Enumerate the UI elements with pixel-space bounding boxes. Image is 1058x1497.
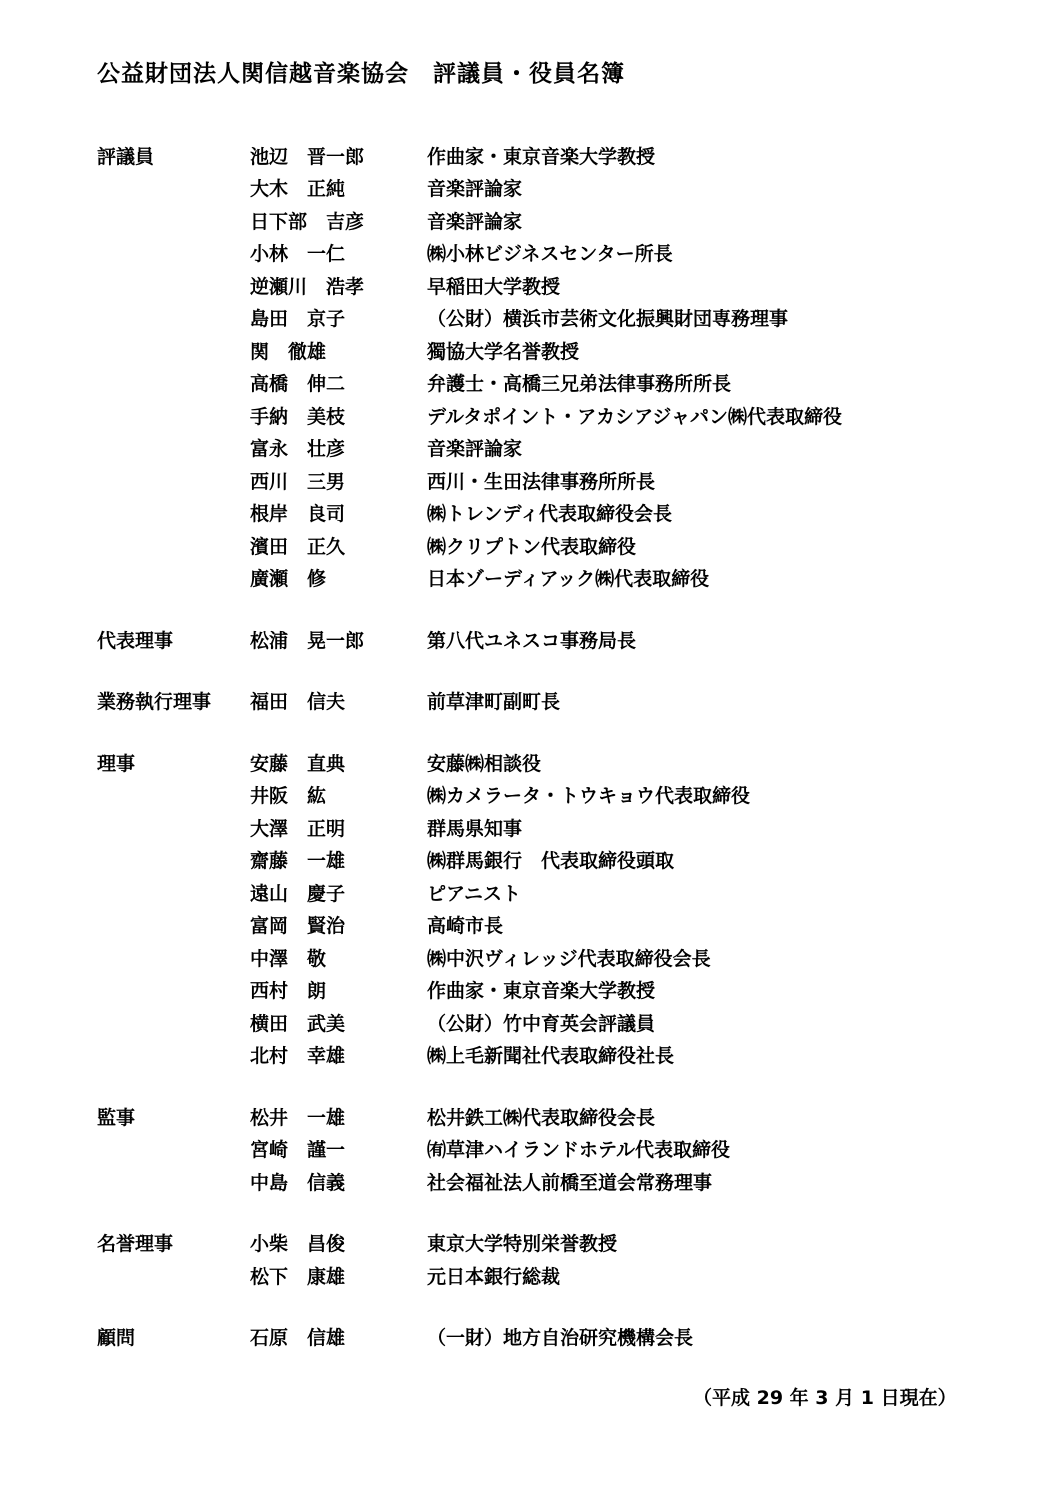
member-row: 島田 京子（公財）横浜市芸術文化振興財団専務理事	[97, 302, 1028, 335]
member-name: 小林 一仁	[250, 239, 427, 266]
member-name: 関 徹雄	[250, 337, 427, 364]
member-title: 日本ゾーディアック㈱代表取締役	[427, 564, 1028, 591]
member-title: ㈱クリプトン代表取締役	[427, 532, 1028, 559]
member-row: 横田 武美（公財）竹中育英会評議員	[97, 1006, 1028, 1039]
section: 代表理事松浦 晃一郎第八代ユネスコ事務局長	[97, 623, 1028, 656]
member-row: 大澤 正明群馬県知事	[97, 811, 1028, 844]
member-title: ピアニスト	[427, 879, 1028, 906]
member-name: 富永 壮彦	[250, 434, 427, 461]
member-name: 大澤 正明	[250, 814, 427, 841]
member-name: 松井 一雄	[250, 1103, 427, 1130]
member-row: 大木 正純音楽評論家	[97, 172, 1028, 205]
member-row: 富岡 賢治高崎市長	[97, 909, 1028, 942]
member-title: 安藤㈱相談役	[427, 749, 1028, 776]
member-name: 廣瀬 修	[250, 564, 427, 591]
member-row: 日下部 吉彦音楽評論家	[97, 204, 1028, 237]
member-row: 監事松井 一雄松井鉄工㈱代表取締役会長	[97, 1100, 1028, 1133]
section: 業務執行理事福田 信夫前草津町副町長	[97, 685, 1028, 718]
member-title: ㈱中沢ヴィレッジ代表取締役会長	[427, 944, 1028, 971]
member-row: 中澤 敬㈱中沢ヴィレッジ代表取締役会長	[97, 941, 1028, 974]
member-name: 安藤 直典	[250, 749, 427, 776]
member-name: 小柴 昌俊	[250, 1229, 427, 1256]
member-title: 社会福祉法人前橋至道会常務理事	[427, 1168, 1028, 1195]
section: 評議員池辺 晋一郎作曲家・東京音楽大学教授大木 正純音楽評論家日下部 吉彦音楽評…	[97, 139, 1028, 594]
member-name: 松下 康雄	[250, 1262, 427, 1289]
member-name: 濱田 正久	[250, 532, 427, 559]
member-name: 横田 武美	[250, 1009, 427, 1036]
member-name: 福田 信夫	[250, 687, 427, 714]
member-name: 井阪 紘	[250, 781, 427, 808]
member-row: 手納 美枝デルタポイント・アカシアジャパン㈱代表取締役	[97, 399, 1028, 432]
member-name: 根岸 良司	[250, 499, 427, 526]
roster: 評議員池辺 晋一郎作曲家・東京音楽大学教授大木 正純音楽評論家日下部 吉彦音楽評…	[97, 139, 1028, 1382]
section: 監事松井 一雄松井鉄工㈱代表取締役会長宮崎 謹一㈲草津ハイランドホテル代表取締役…	[97, 1100, 1028, 1198]
role-label: 理事	[97, 749, 250, 776]
role-label: 名誉理事	[97, 1229, 250, 1256]
member-title: （公財）竹中育英会評議員	[427, 1009, 1028, 1036]
member-name: 西川 三男	[250, 467, 427, 494]
as-of-date: （平成 29 年 3 月 1 日現在）	[693, 1383, 957, 1410]
document-page: 公益財団法人関信越音楽協会 評議員・役員名簿 評議員池辺 晋一郎作曲家・東京音楽…	[0, 0, 1058, 1497]
member-row: 代表理事松浦 晃一郎第八代ユネスコ事務局長	[97, 623, 1028, 656]
member-name: 大木 正純	[250, 174, 427, 201]
member-row: 業務執行理事福田 信夫前草津町副町長	[97, 685, 1028, 718]
member-name: 西村 朗	[250, 976, 427, 1003]
member-name: 中澤 敬	[250, 944, 427, 971]
member-row: 西川 三男西川・生田法律事務所所長	[97, 464, 1028, 497]
member-title: 東京大学特別栄誉教授	[427, 1229, 1028, 1256]
member-title: 前草津町副町長	[427, 687, 1028, 714]
member-row: 松下 康雄元日本銀行総裁	[97, 1259, 1028, 1292]
member-title: 弁護士・高橋三兄弟法律事務所所長	[427, 369, 1028, 396]
member-row: 遠山 慶子ピアニスト	[97, 876, 1028, 909]
member-name: 北村 幸雄	[250, 1041, 427, 1068]
member-row: 小林 一仁㈱小林ビジネスセンター所長	[97, 237, 1028, 270]
member-title: 第八代ユネスコ事務局長	[427, 626, 1028, 653]
member-title: 獨協大学名誉教授	[427, 337, 1028, 364]
member-row: 北村 幸雄㈱上毛新聞社代表取締役社長	[97, 1039, 1028, 1072]
member-row: 評議員池辺 晋一郎作曲家・東京音楽大学教授	[97, 139, 1028, 172]
section: 理事安藤 直典安藤㈱相談役井阪 紘㈱カメラータ・トウキョウ代表取締役大澤 正明群…	[97, 746, 1028, 1071]
member-name: 齋藤 一雄	[250, 846, 427, 873]
section: 顧問石原 信雄（一財）地方自治研究機構会長	[97, 1321, 1028, 1354]
role-label: 評議員	[97, 142, 250, 169]
member-title: 作曲家・東京音楽大学教授	[427, 142, 1028, 169]
member-name: 手納 美枝	[250, 402, 427, 429]
member-title: 音楽評論家	[427, 174, 1028, 201]
member-row: 根岸 良司㈱トレンディ代表取締役会長	[97, 497, 1028, 530]
member-title: 元日本銀行総裁	[427, 1262, 1028, 1289]
member-name: 松浦 晃一郎	[250, 626, 427, 653]
member-title: ㈱小林ビジネスセンター所長	[427, 239, 1028, 266]
member-row: 関 徹雄獨協大学名誉教授	[97, 334, 1028, 367]
section: 名誉理事小柴 昌俊東京大学特別栄誉教授松下 康雄元日本銀行総裁	[97, 1227, 1028, 1292]
member-title: ㈲草津ハイランドホテル代表取締役	[427, 1135, 1028, 1162]
member-title: 早稲田大学教授	[427, 272, 1028, 299]
member-title: 作曲家・東京音楽大学教授	[427, 976, 1028, 1003]
member-title: デルタポイント・アカシアジャパン㈱代表取締役	[427, 402, 1028, 429]
member-title: 高崎市長	[427, 911, 1028, 938]
member-name: 池辺 晋一郎	[250, 142, 427, 169]
member-name: 遠山 慶子	[250, 879, 427, 906]
member-row: 富永 壮彦音楽評論家	[97, 432, 1028, 465]
role-label: 業務執行理事	[97, 687, 250, 714]
member-title: ㈱群馬銀行 代表取締役頭取	[427, 846, 1028, 873]
member-name: 中島 信義	[250, 1168, 427, 1195]
member-name: 日下部 吉彦	[250, 207, 427, 234]
member-row: 逆瀬川 浩孝早稲田大学教授	[97, 269, 1028, 302]
member-name: 宮崎 謹一	[250, 1135, 427, 1162]
member-row: 濱田 正久㈱クリプトン代表取締役	[97, 529, 1028, 562]
member-row: 中島 信義社会福祉法人前橋至道会常務理事	[97, 1165, 1028, 1198]
member-title: 松井鉄工㈱代表取締役会長	[427, 1103, 1028, 1130]
member-title: （公財）横浜市芸術文化振興財団専務理事	[427, 304, 1028, 331]
member-row: 高橋 伸二弁護士・高橋三兄弟法律事務所所長	[97, 367, 1028, 400]
member-row: 名誉理事小柴 昌俊東京大学特別栄誉教授	[97, 1227, 1028, 1260]
member-title: 音楽評論家	[427, 207, 1028, 234]
member-title: （一財）地方自治研究機構会長	[427, 1323, 1028, 1350]
role-label: 代表理事	[97, 626, 250, 653]
member-row: 廣瀬 修日本ゾーディアック㈱代表取締役	[97, 562, 1028, 595]
member-name: 逆瀬川 浩孝	[250, 272, 427, 299]
member-name: 島田 京子	[250, 304, 427, 331]
member-name: 石原 信雄	[250, 1323, 427, 1350]
member-title: ㈱上毛新聞社代表取締役社長	[427, 1041, 1028, 1068]
member-row: 宮崎 謹一㈲草津ハイランドホテル代表取締役	[97, 1133, 1028, 1166]
member-row: 齋藤 一雄㈱群馬銀行 代表取締役頭取	[97, 844, 1028, 877]
member-row: 顧問石原 信雄（一財）地方自治研究機構会長	[97, 1321, 1028, 1354]
member-row: 井阪 紘㈱カメラータ・トウキョウ代表取締役	[97, 779, 1028, 812]
member-row: 西村 朗作曲家・東京音楽大学教授	[97, 974, 1028, 1007]
member-row: 理事安藤 直典安藤㈱相談役	[97, 746, 1028, 779]
member-name: 富岡 賢治	[250, 911, 427, 938]
member-title: 音楽評論家	[427, 434, 1028, 461]
member-title: 西川・生田法律事務所所長	[427, 467, 1028, 494]
page-title: 公益財団法人関信越音楽協会 評議員・役員名簿	[97, 55, 625, 88]
member-name: 高橋 伸二	[250, 369, 427, 396]
member-title: ㈱トレンディ代表取締役会長	[427, 499, 1028, 526]
member-title: 群馬県知事	[427, 814, 1028, 841]
role-label: 顧問	[97, 1323, 250, 1350]
role-label: 監事	[97, 1103, 250, 1130]
member-title: ㈱カメラータ・トウキョウ代表取締役	[427, 781, 1028, 808]
